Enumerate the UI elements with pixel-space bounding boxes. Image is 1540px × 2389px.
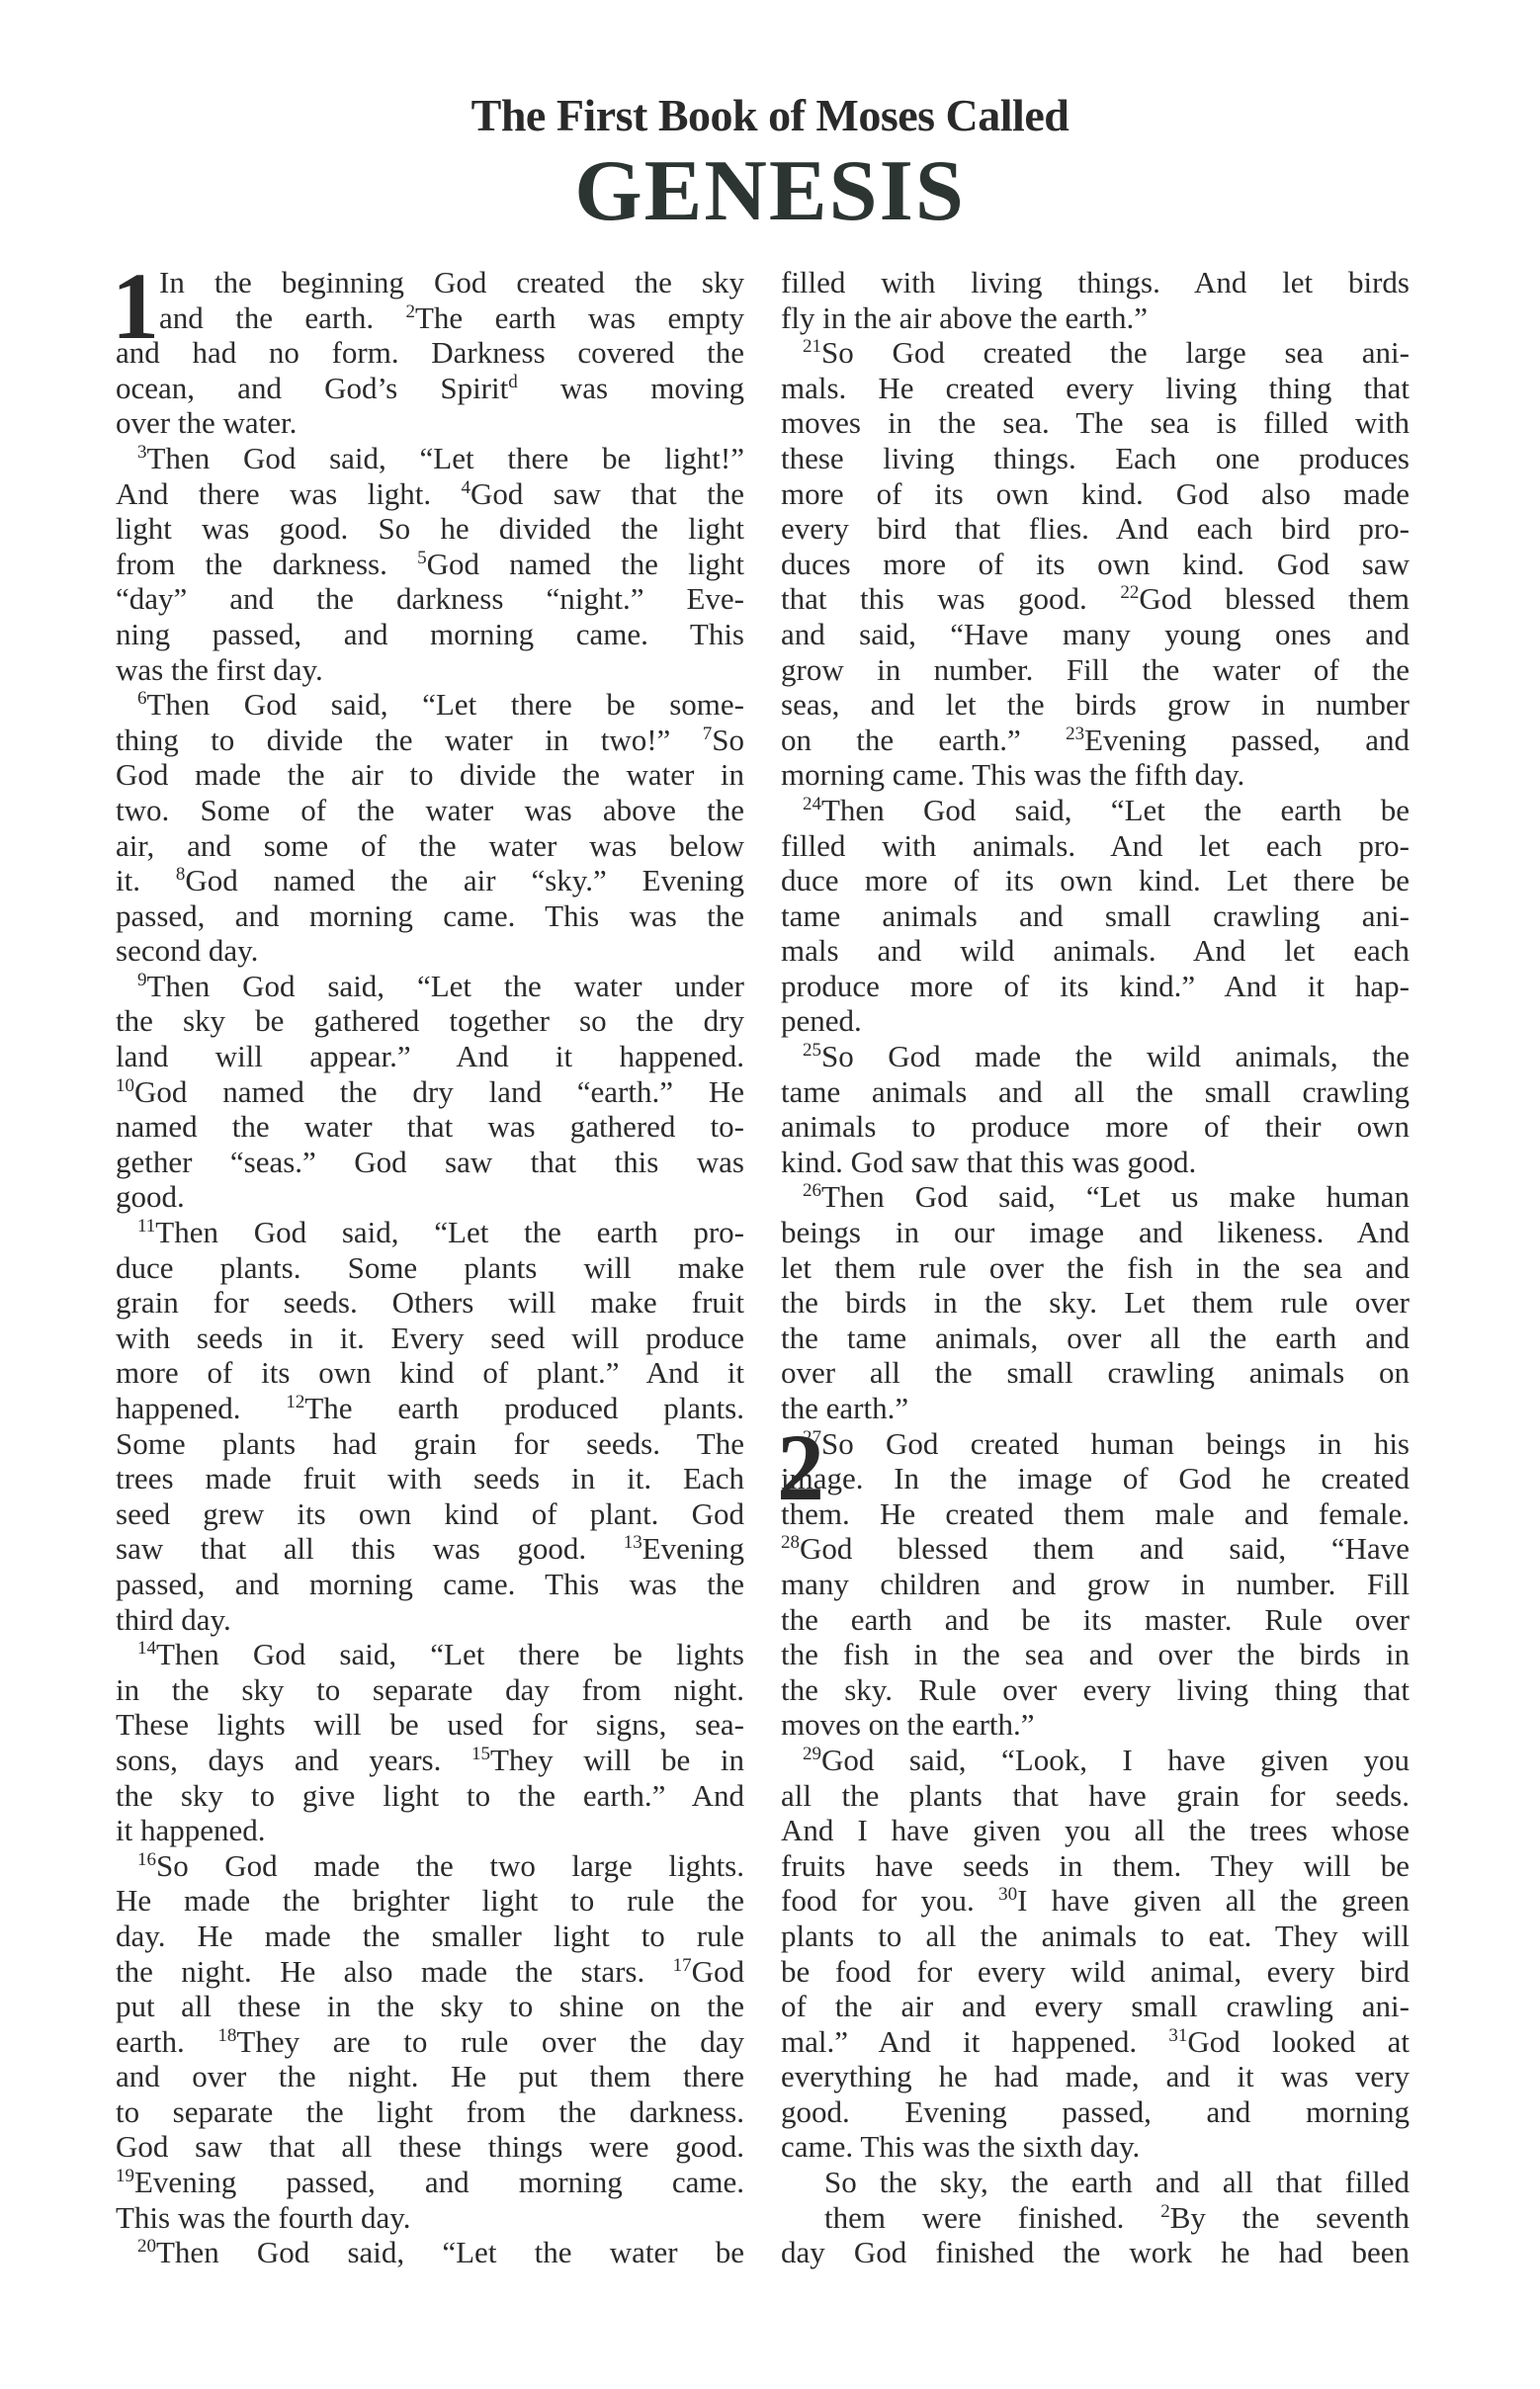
verse-number: 9 bbox=[137, 970, 147, 990]
text-line: seas, and let the birds grow in number bbox=[781, 687, 1410, 723]
text-line: passed, and morning came. This was the bbox=[116, 1567, 744, 1602]
text-line: kind. God saw that this was good. bbox=[781, 1145, 1410, 1180]
verse-number: 6 bbox=[137, 688, 147, 709]
text-line: with seeds in it. Every seed will produc… bbox=[116, 1321, 744, 1356]
text-line: every bird that flies. And each bird pro… bbox=[781, 511, 1410, 547]
text-line: grow in number. Fill the water of the bbox=[781, 652, 1410, 688]
verse-number: 16 bbox=[137, 1849, 156, 1870]
text-line: the night. He also made the stars. 17God bbox=[116, 1954, 744, 1990]
text-line: 9Then God said, “Let the water under bbox=[116, 969, 744, 1004]
text-line: came. This was the sixth day. bbox=[781, 2129, 1410, 2165]
verse-number: 10 bbox=[116, 1075, 134, 1096]
text-line: 28God blessed them and said, “Have bbox=[781, 1531, 1410, 1567]
right-column: filled with living things. And let birds… bbox=[781, 265, 1410, 2270]
text-line: the earth and be its master. Rule over bbox=[781, 1602, 1410, 1638]
text-line: morning came. This was the fifth day. bbox=[781, 757, 1410, 793]
text-line: it. 8God named the air “sky.” Evening bbox=[116, 863, 744, 898]
verse-number: 23 bbox=[1066, 724, 1084, 744]
text-line: to separate the light from the darkness. bbox=[116, 2094, 744, 2130]
text-line: passed, and morning came. This was the bbox=[116, 898, 744, 934]
text-line: Some plants had grain for seeds. The bbox=[116, 1426, 744, 1462]
text-line: the fish in the sea and over the birds i… bbox=[781, 1637, 1410, 1672]
verse-number: 3 bbox=[137, 442, 147, 463]
verse-number: d bbox=[508, 372, 518, 392]
text-line: 29God said, “Look, I have given you bbox=[781, 1743, 1410, 1778]
text-line: two. Some of the water was above the bbox=[116, 793, 744, 828]
text-line: gether “seas.” God saw that this was bbox=[116, 1145, 744, 1180]
chapter-number: 1 bbox=[112, 259, 159, 354]
text-line: seed grew its own kind of plant. God bbox=[116, 1496, 744, 1532]
text-line: fruits have seeds in them. They will be bbox=[781, 1848, 1410, 1884]
verse-number: 30 bbox=[998, 1884, 1017, 1905]
text-line: the tame animals, over all the earth and bbox=[781, 1321, 1410, 1356]
text-line: tame animals and all the small crawling bbox=[781, 1074, 1410, 1110]
text-line: these living things. Each one produces bbox=[781, 441, 1410, 476]
text-line: second day. bbox=[116, 933, 744, 969]
text-line: more of its own kind of plant.” And it bbox=[116, 1355, 744, 1391]
text-line: And I have given you all the trees whose bbox=[781, 1813, 1410, 1848]
text-line: fly in the air above the earth.” bbox=[781, 300, 1410, 336]
text-line: and over the night. He put them there bbox=[116, 2059, 744, 2094]
bible-page: The First Book of Moses Called GENESIS I… bbox=[0, 0, 1540, 2389]
text-line: thing to divide the water in two!” 7So bbox=[116, 723, 744, 758]
text-line: mals. He created every living thing that bbox=[781, 371, 1410, 406]
text-line: food for you. 30I have given all the gre… bbox=[781, 1883, 1410, 1919]
text-line: the sky to give light to the earth.” And bbox=[116, 1778, 744, 1814]
text-line: moves in the sea. The sea is filled with bbox=[781, 405, 1410, 441]
text-line: that this was good. 22God blessed them bbox=[781, 581, 1410, 617]
verse-number: 20 bbox=[137, 2236, 156, 2257]
verse-number: 24 bbox=[803, 794, 821, 814]
verse-number: 2 bbox=[1160, 2201, 1170, 2222]
text-line: over all the small crawling animals on bbox=[781, 1355, 1410, 1391]
text-line: happened. 12The earth produced plants. bbox=[116, 1391, 744, 1426]
text-line: 24Then God said, “Let the earth be bbox=[781, 793, 1410, 828]
text-line: duce plants. Some plants will make bbox=[116, 1250, 744, 1286]
text-line: and the earth. 2The earth was empty bbox=[116, 300, 744, 336]
text-line: plants to all the animals to eat. They w… bbox=[781, 1919, 1410, 1954]
text-line: and had no form. Darkness covered the bbox=[116, 335, 744, 371]
text-line: from the darkness. 5God named the light bbox=[116, 547, 744, 582]
text-line: And there was light. 4God saw that the bbox=[116, 476, 744, 512]
verse-number: 11 bbox=[137, 1216, 155, 1237]
text-line: third day. bbox=[116, 1602, 744, 1638]
text-line: 10God named the dry land “earth.” He bbox=[116, 1074, 744, 1110]
text-line: all the plants that have grain for seeds… bbox=[781, 1778, 1410, 1814]
text-line: day God finished the work he had been bbox=[781, 2235, 1410, 2270]
text-line: moves on the earth.” bbox=[781, 1707, 1410, 1743]
text-line: 16So God made the two large lights. bbox=[116, 1848, 744, 1884]
text-line: filled with living things. And let birds bbox=[781, 265, 1410, 300]
text-line: duces more of its own kind. God saw bbox=[781, 547, 1410, 582]
verse-number: 28 bbox=[781, 1532, 800, 1553]
text-line: So the sky, the earth and all that fille… bbox=[781, 2165, 1410, 2200]
verse-number: 22 bbox=[1120, 582, 1139, 603]
verse-number: 18 bbox=[217, 2025, 236, 2046]
text-line: duce more of its own kind. Let there be bbox=[781, 863, 1410, 898]
text-line: 20Then God said, “Let the water be bbox=[116, 2235, 744, 2270]
text-line: named the water that was gathered to- bbox=[116, 1109, 744, 1145]
text-line: 26Then God said, “Let us make human bbox=[781, 1179, 1410, 1215]
left-column: In the beginning God created the skyand … bbox=[116, 265, 744, 2270]
text-line: good. bbox=[116, 1179, 744, 1215]
text-line: 14Then God said, “Let there be lights bbox=[116, 1637, 744, 1672]
text-line: the sky be gathered together so the dry bbox=[116, 1003, 744, 1039]
verse-number: 7 bbox=[703, 724, 713, 744]
text-line: animals to produce more of their own bbox=[781, 1109, 1410, 1145]
text-line: 27So God created human beings in his bbox=[781, 1426, 1410, 1462]
book-title: GENESIS bbox=[0, 148, 1540, 235]
text-line: them were finished. 2By the seventh bbox=[781, 2200, 1410, 2236]
text-line: mals and wild animals. And let each bbox=[781, 933, 1410, 969]
chapter-number: 2 bbox=[777, 1420, 824, 1515]
text-line: over the water. bbox=[116, 405, 744, 441]
verse-number: 8 bbox=[176, 864, 186, 885]
verse-number: 26 bbox=[803, 1180, 821, 1201]
text-line: put all these in the sky to shine on the bbox=[116, 1989, 744, 2024]
text-line: saw that all this was good. 13Evening bbox=[116, 1531, 744, 1567]
text-line: ocean, and God’s Spiritd was moving bbox=[116, 371, 744, 406]
text-line: it happened. bbox=[116, 1813, 744, 1848]
verse-number: 14 bbox=[137, 1638, 156, 1659]
text-line: ning passed, and morning came. This bbox=[116, 617, 744, 652]
text-line: image. In the image of God he created bbox=[781, 1461, 1410, 1496]
text-line: He made the brighter light to rule the bbox=[116, 1883, 744, 1919]
text-line: pened. bbox=[781, 1003, 1410, 1039]
verse-number: 31 bbox=[1168, 2025, 1187, 2046]
text-line: sons, days and years. 15They will be in bbox=[116, 1743, 744, 1778]
text-line: “day” and the darkness “night.” Eve- bbox=[116, 581, 744, 617]
verse-number: 15 bbox=[471, 1744, 490, 1764]
text-line: let them rule over the fish in the sea a… bbox=[781, 1250, 1410, 1286]
text-line: more of its own kind. God also made bbox=[781, 476, 1410, 512]
text-line: earth. 18They are to rule over the day bbox=[116, 2024, 744, 2060]
text-line: the birds in the sky. Let them rule over bbox=[781, 1285, 1410, 1321]
book-subtitle: The First Book of Moses Called bbox=[0, 89, 1540, 141]
text-line: God saw that all these things were good. bbox=[116, 2129, 744, 2165]
text-line: grain for seeds. Others will make fruit bbox=[116, 1285, 744, 1321]
text-line: These lights will be used for signs, sea… bbox=[116, 1707, 744, 1743]
text-line: tame animals and small crawling ani- bbox=[781, 898, 1410, 934]
verse-number: 19 bbox=[116, 2166, 134, 2186]
verse-number: 21 bbox=[803, 336, 821, 357]
text-line: and said, “Have many young ones and bbox=[781, 617, 1410, 652]
text-line: 6Then God said, “Let there be some- bbox=[116, 687, 744, 723]
text-line: was the first day. bbox=[116, 652, 744, 688]
text-line: many children and grow in number. Fill bbox=[781, 1567, 1410, 1602]
text-line: 11Then God said, “Let the earth pro- bbox=[116, 1215, 744, 1250]
text-line: mal.” And it happened. 31God looked at bbox=[781, 2024, 1410, 2060]
verse-number: 12 bbox=[286, 1392, 304, 1412]
verse-number: 17 bbox=[673, 1955, 692, 1976]
verse-number: 29 bbox=[803, 1744, 821, 1764]
text-line: God made the air to divide the water in bbox=[116, 757, 744, 793]
text-line: In the beginning God created the sky bbox=[116, 265, 744, 300]
text-line: 25So God made the wild animals, the bbox=[781, 1039, 1410, 1074]
verse-number: 4 bbox=[462, 477, 471, 498]
text-line: 19Evening passed, and morning came. bbox=[116, 2165, 744, 2200]
text-line: the earth.” bbox=[781, 1391, 1410, 1426]
text-line: everything he had made, and it was very bbox=[781, 2059, 1410, 2094]
text-line: day. He made the smaller light to rule bbox=[116, 1919, 744, 1954]
text-line: produce more of its kind.” And it hap- bbox=[781, 969, 1410, 1004]
text-line: on the earth.” 23Evening passed, and bbox=[781, 723, 1410, 758]
text-line: the sky. Rule over every living thing th… bbox=[781, 1672, 1410, 1708]
text-line: beings in our image and likeness. And bbox=[781, 1215, 1410, 1250]
text-line: 3Then God said, “Let there be light!” bbox=[116, 441, 744, 476]
text-line: trees made fruit with seeds in it. Each bbox=[116, 1461, 744, 1496]
verse-number: 13 bbox=[624, 1532, 642, 1553]
text-line: them. He created them male and female. bbox=[781, 1496, 1410, 1532]
text-line: This was the fourth day. bbox=[116, 2200, 744, 2236]
text-line: good. Evening passed, and morning bbox=[781, 2094, 1410, 2130]
verse-number: 5 bbox=[417, 548, 427, 568]
text-line: light was good. So he divided the light bbox=[116, 511, 744, 547]
verse-number: 25 bbox=[803, 1040, 821, 1061]
text-line: air, and some of the water was below bbox=[116, 828, 744, 864]
text-line: in the sky to separate day from night. bbox=[116, 1672, 744, 1708]
text-line: be food for every wild animal, every bir… bbox=[781, 1954, 1410, 1990]
text-line: 21So God created the large sea ani- bbox=[781, 335, 1410, 371]
verse-number: 2 bbox=[405, 301, 415, 322]
text-line: land will appear.” And it happened. bbox=[116, 1039, 744, 1074]
text-line: filled with animals. And let each pro- bbox=[781, 828, 1410, 864]
text-line: of the air and every small crawling ani- bbox=[781, 1989, 1410, 2024]
